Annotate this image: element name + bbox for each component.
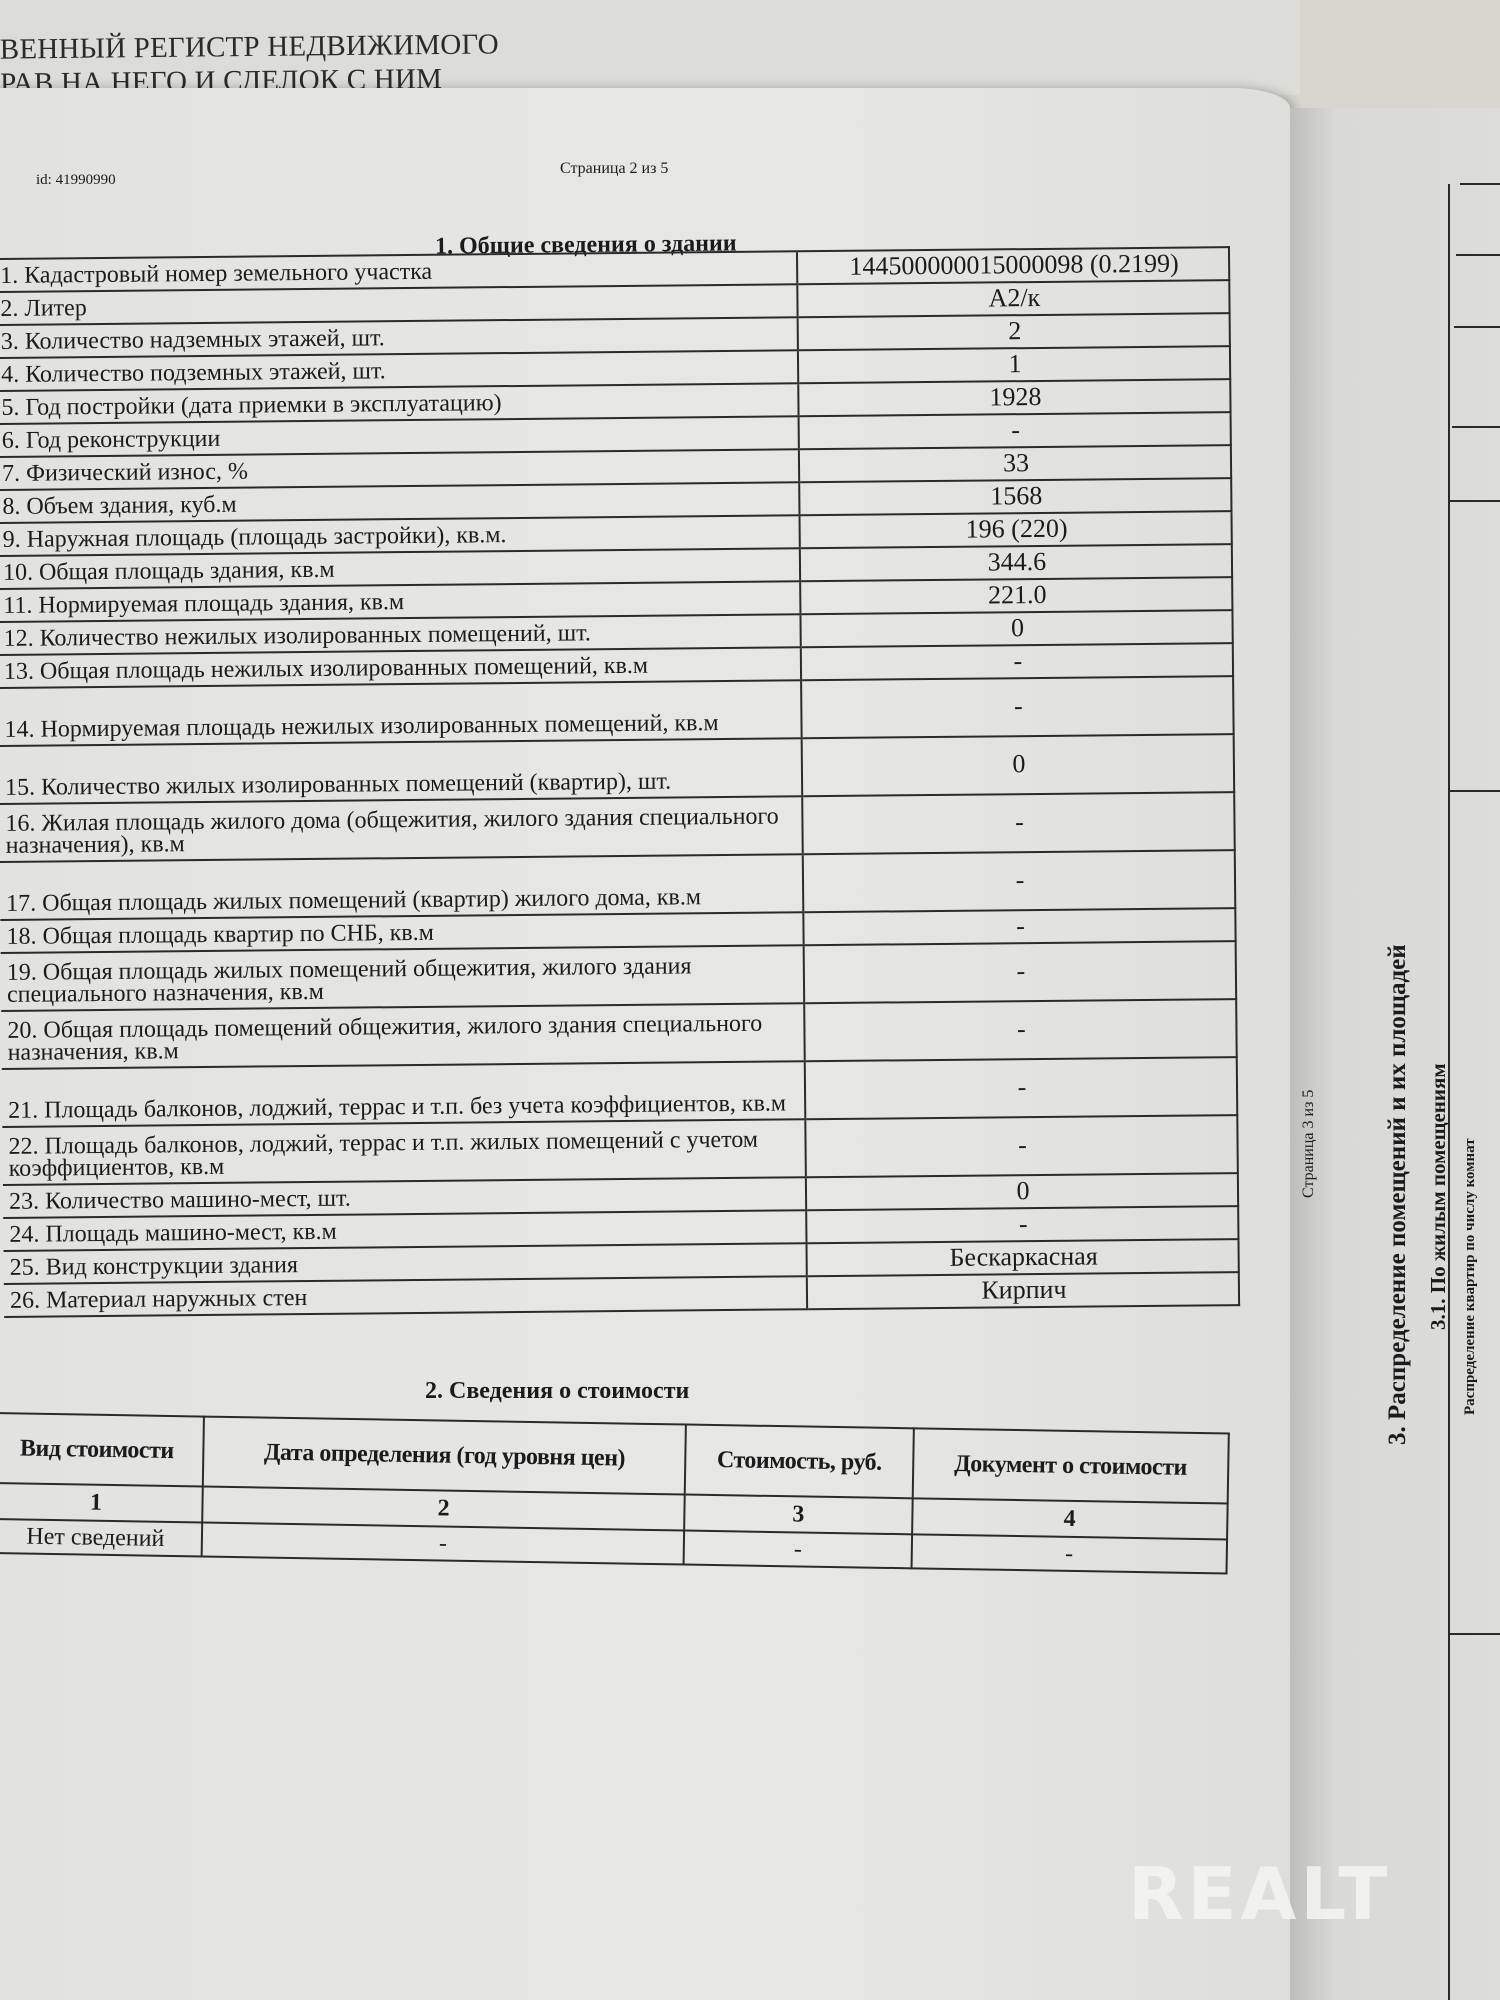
row-value: - [804,999,1237,1061]
header-line-1: ВЕННЫЙ РЕГИСТР НЕДВИЖИМОГО [0,27,499,66]
building-info-table: 1. Кадастровый номер земельного участка1… [0,246,1240,1318]
row-value: 196 (220) [800,511,1232,548]
document-id: id: 41990990 [36,172,116,189]
page-3-table-line [1454,326,1500,328]
row-value: 0 [802,734,1235,796]
date-cell: - [202,1523,685,1565]
row-value: 1 [798,346,1230,383]
row-value: - [801,676,1234,738]
cost-cell: - [684,1531,912,1569]
row-label: 20. Общая площадь помещений общежития, ж… [1,1003,805,1069]
document-cell: - [911,1534,1227,1573]
row-value: 0 [806,1173,1238,1210]
page-3-table-line [1450,500,1500,502]
row-value: 2 [798,313,1230,350]
row-value: 1568 [799,478,1231,515]
row-value: 33 [799,445,1231,482]
row-value: - [805,1115,1238,1177]
page-3-number: Страница 3 из 5 [1300,1090,1318,1198]
row-label: 15. Количество жилых изолированных помещ… [0,738,802,804]
row-value: - [801,643,1233,680]
row-label: 16. Жилая площадь жилого дома (общежития… [0,796,803,862]
row-value: А2/к [797,280,1229,317]
header-document: Документ о стоимости [912,1428,1229,1503]
realt-watermark-logo: REALT [1128,1852,1391,1936]
page-3-table-line [1456,254,1500,256]
row-label: 22. Площадь балконов, лоджий, террас и т… [2,1119,806,1185]
col-num-4: 4 [912,1498,1228,1539]
row-value: 144500000015000098 (0.2199) [797,247,1229,284]
section-2-title: 2. Сведения о стоимости [425,1378,689,1405]
header-cost: Стоимость, руб. [685,1425,913,1499]
row-label: 17. Общая площадь жилых помещений (кварт… [0,854,803,920]
row-label: 21. Площадь балконов, лоджий, террас и т… [2,1061,806,1127]
header-cost-type: Вид стоимости [0,1413,204,1487]
page-3-table-line [1449,790,1500,792]
page-3-table-line [1448,1633,1500,1635]
row-value: - [806,1206,1238,1243]
row-value: - [803,908,1235,945]
rooms-distribution-caption: Распределение квартир по числу комнат [1462,1138,1479,1415]
row-value: Бескаркасная [806,1239,1238,1276]
row-value: 344.6 [800,544,1232,581]
row-value: 0 [800,610,1232,647]
col-num-1: 1 [0,1483,203,1523]
row-value: - [803,850,1236,912]
header-date: Дата определения (год уровня цен) [203,1417,687,1495]
row-label: 26. Материал наружных стен [4,1276,807,1317]
row-value: - [804,941,1237,1003]
row-label: 19. Общая площадь жилых помещений общежи… [1,945,805,1011]
cost-table: Вид стоимости Дата определения (год уров… [0,1412,1230,1575]
row-value: - [805,1057,1238,1119]
row-value: 221.0 [800,577,1232,614]
page-number: Страница 2 из 5 [560,160,668,178]
row-value: - [802,792,1235,854]
page-3-table-line [1460,183,1500,185]
page-3-table-border [1448,184,1450,2000]
section-3-title: 3. Распределение помещений и их площадей [1384,944,1412,1445]
page-3-table-line [1452,426,1500,428]
row-label: 14. Нормируемая площадь нежилых изолиров… [0,680,802,746]
row-value: Кирпич [807,1272,1239,1309]
row-value: 1928 [798,379,1230,416]
row-value: - [799,412,1231,449]
cost-type-cell: Нет сведений [0,1519,202,1557]
col-num-3: 3 [685,1495,913,1535]
